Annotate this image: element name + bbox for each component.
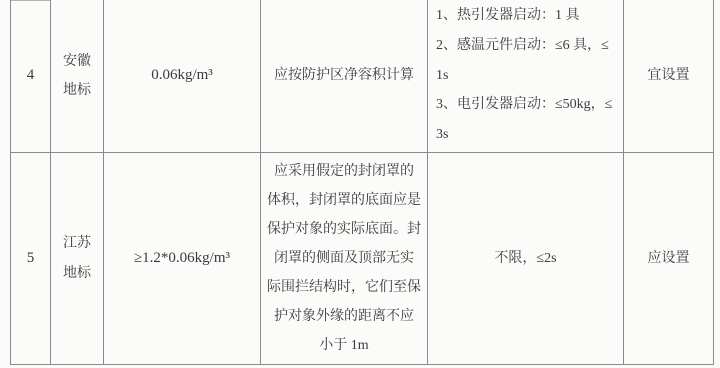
density-value: ≥1.2*0.06kg/m³ [134,244,230,274]
condition-line: 2、感温元件启动：≤6 具，≤ [436,31,609,61]
condition-line: 3s [436,120,448,150]
density-value: 0.06kg/m³ [151,61,213,91]
method-line: 护对象外缘的距离不应 [274,302,414,331]
condition-line: 3、电引发器启动：≤50kg，≤ [436,90,612,120]
method-line: 际围拦结构时，它们至保 [267,273,421,302]
method-line: 应按防护区净容积计算 [274,61,414,91]
row-index-cell: 5 [11,153,51,365]
density-cell: 0.06kg/m³ [104,0,261,153]
region-line: 江苏 [63,229,91,259]
method-line: 闭罩的侧面及顶部无实 [274,244,414,273]
setting-value: 宜设置 [648,61,690,91]
region-line: 地标 [63,76,91,106]
row-index: 5 [27,244,35,274]
method-cell: 应按防护区净容积计算 [261,0,428,153]
method-cell: 应采用假定的封闭罩的 体积，封闭罩的底面应是 保护对象的实际底面。封 闭罩的侧面… [261,153,428,365]
method-line: 应采用假定的封闭罩的 [274,157,414,186]
conditions-cell: 1、热引发器启动：1 具 2、感温元件启动：≤6 具，≤ 1s 3、电引发器启动… [428,0,624,153]
condition-line: 1、热引发器启动：1 具 [436,1,580,31]
region-line: 安徽 [63,47,91,77]
document-page: 4 安徽 地标 0.06kg/m³ 应按防护区净容积计算 1、热引发器启动：1 … [0,0,720,368]
density-cell: ≥1.2*0.06kg/m³ [104,153,261,365]
region-line: 地标 [63,259,91,289]
condition-line: 1s [436,61,448,91]
row-index: 4 [27,61,35,91]
method-line: 小于 1m [319,331,368,360]
condition-line: 不限，≤2s [494,244,556,274]
requirements-table: 4 安徽 地标 0.06kg/m³ 应按防护区净容积计算 1、热引发器启动：1 … [10,0,714,365]
region-cell: 江苏 地标 [51,153,104,365]
region-cell: 安徽 地标 [51,0,104,153]
method-line: 保护对象的实际底面。封 [267,215,421,244]
conditions-cell: 不限，≤2s [428,153,624,365]
row-index-cell: 4 [11,0,51,153]
method-line: 体积，封闭罩的底面应是 [267,186,421,215]
setting-cell: 宜设置 [624,0,714,153]
setting-value: 应设置 [648,244,690,274]
setting-cell: 应设置 [624,153,714,365]
